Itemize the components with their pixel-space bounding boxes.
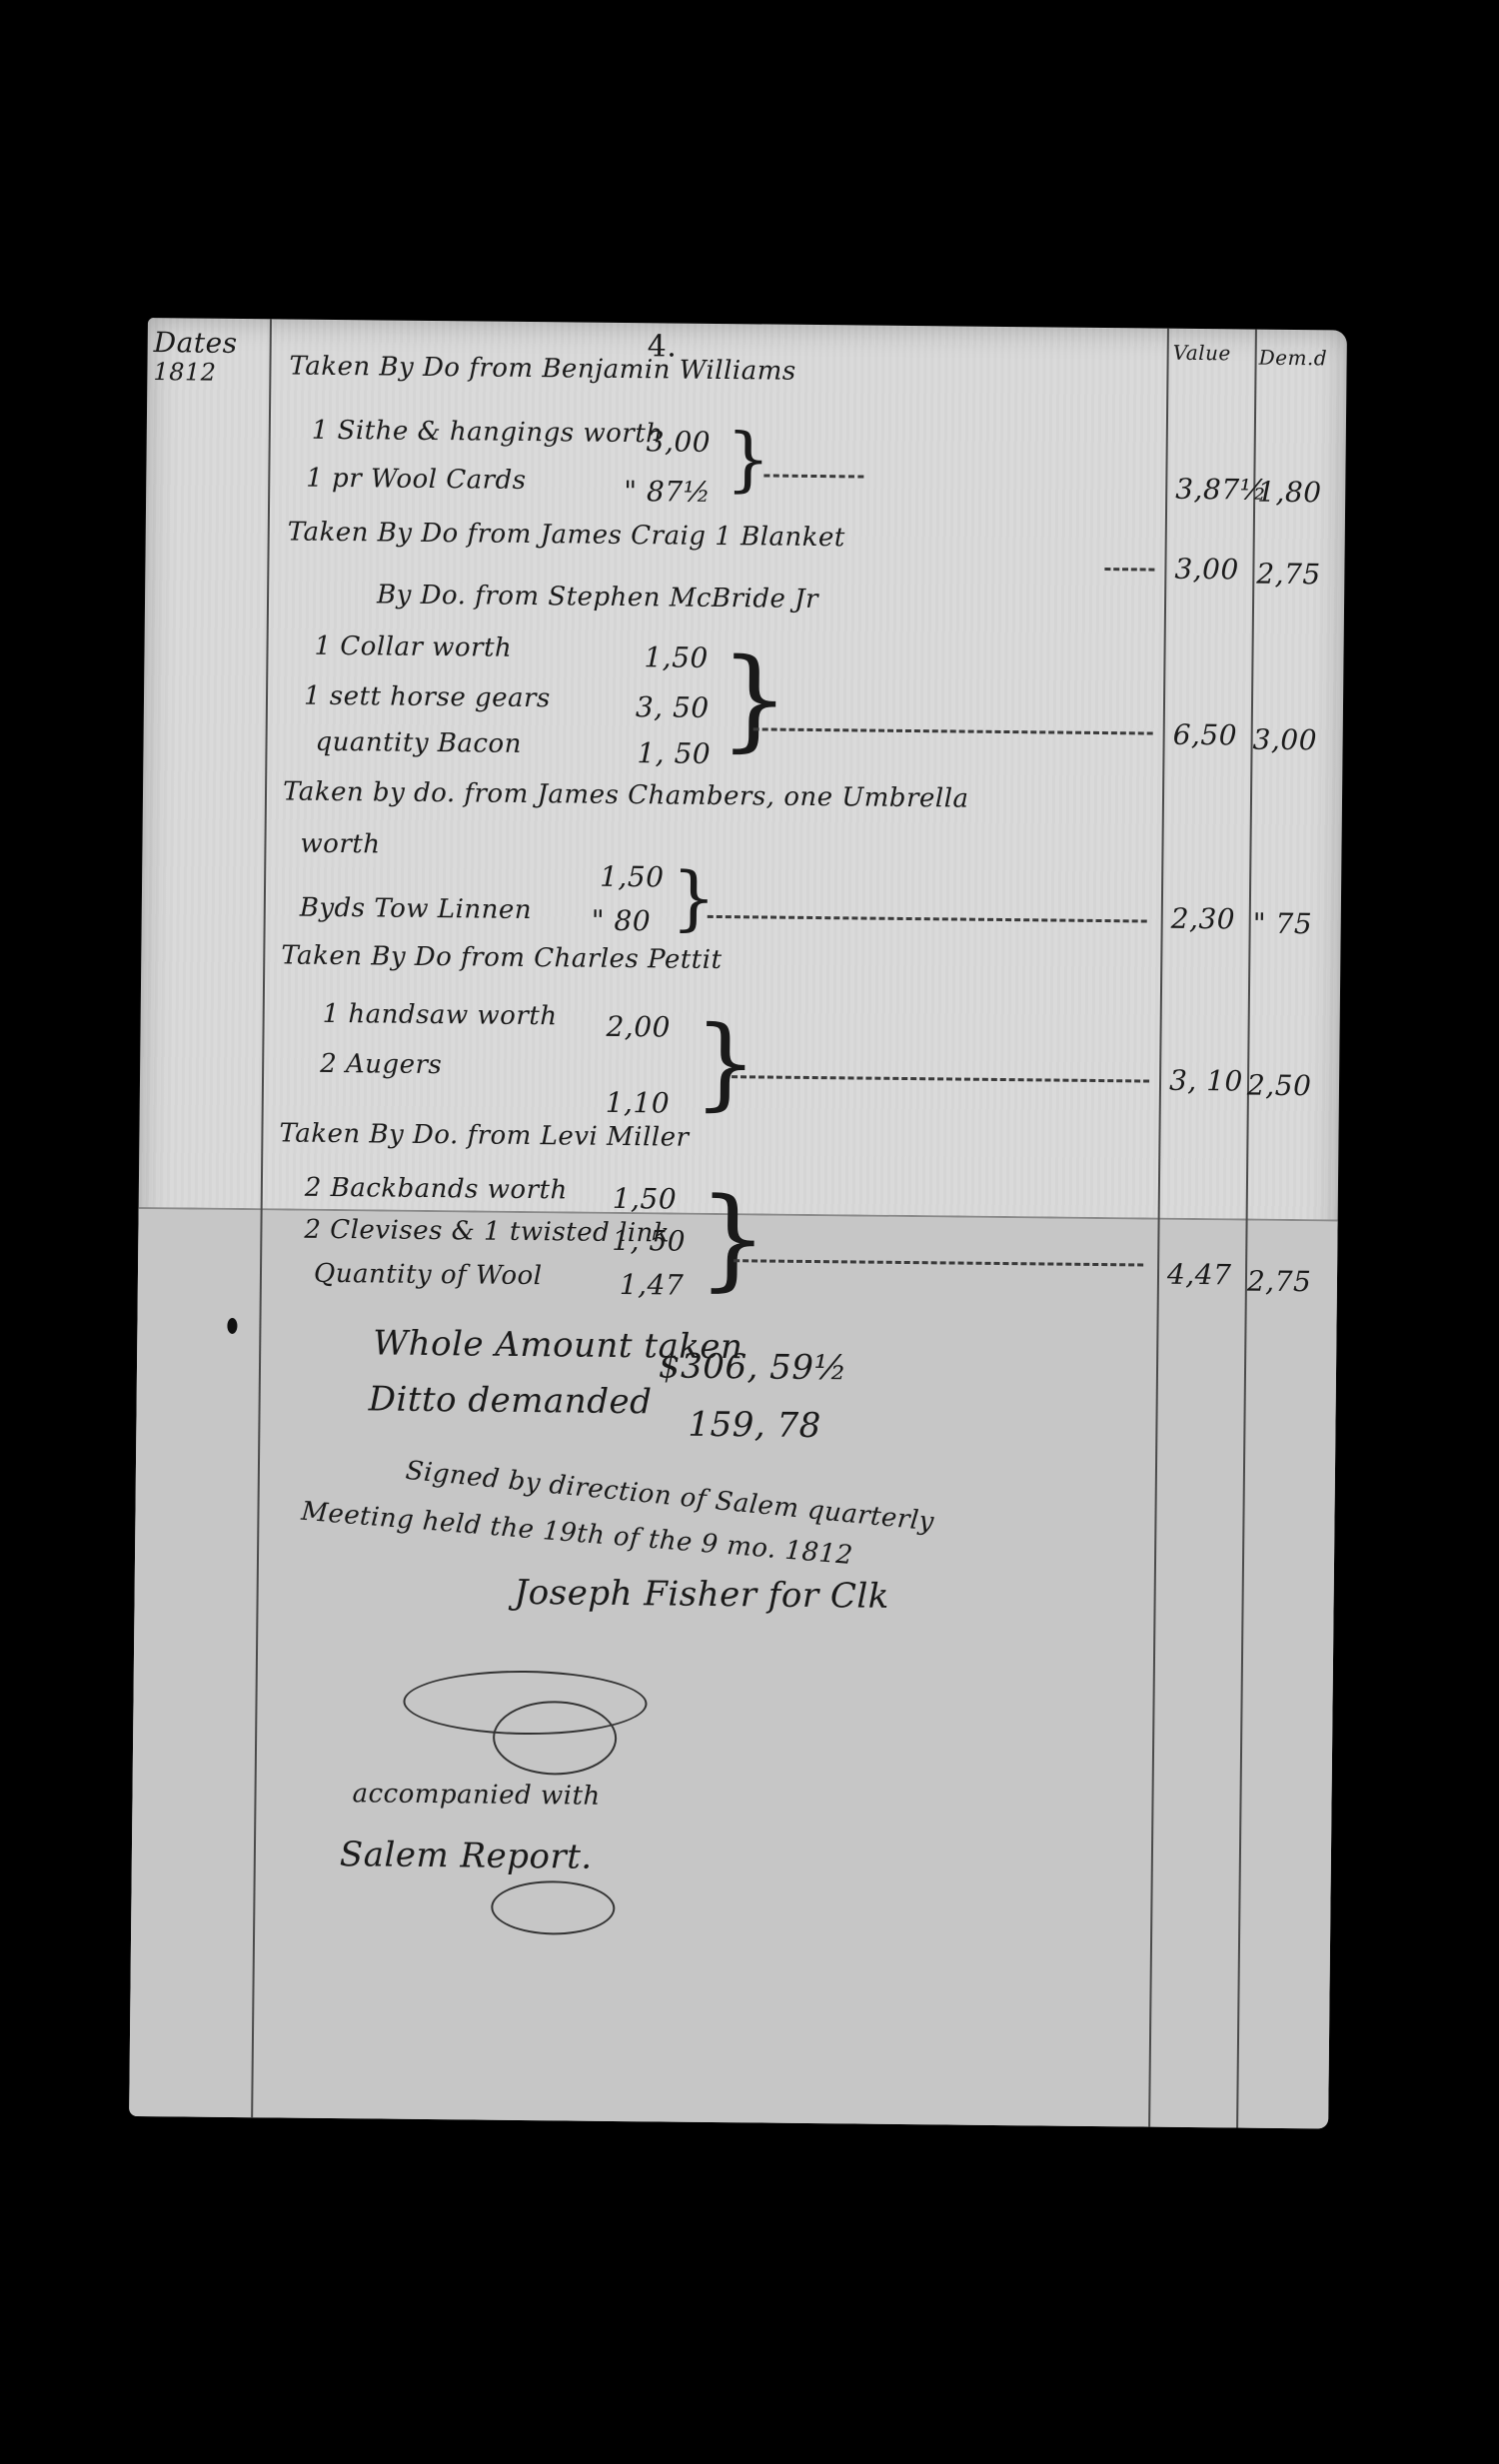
accompanied-with: accompanied with — [352, 1779, 601, 1812]
leader-dash — [763, 474, 863, 478]
entry-value: 4,47 — [1167, 1258, 1232, 1292]
item-label: 2 Augers — [320, 1049, 442, 1080]
item-amount: 2,00 — [606, 1010, 671, 1044]
leader-dash — [1104, 568, 1154, 572]
item-label: 1 handsaw worth — [323, 999, 558, 1031]
entry-value: 3,00 — [1174, 553, 1239, 587]
signer-name: Joseph Fisher for Clk — [514, 1573, 889, 1617]
entry-demanded: " 75 — [1253, 907, 1313, 941]
item-label: 2 Backbands worth — [305, 1173, 568, 1206]
entry-value: 6,50 — [1173, 718, 1238, 752]
signature-flourish — [493, 1701, 618, 1776]
bracket: } — [726, 424, 770, 494]
entry-heading: By Do. from Stephen McBride Jr — [377, 580, 818, 615]
entry-demanded: 1,80 — [1257, 476, 1322, 510]
item-amount: " 80 — [592, 904, 652, 938]
entry-value: 2,30 — [1171, 902, 1236, 936]
item-label: 1 pr Wool Cards — [306, 464, 527, 496]
entry-demanded: 2,50 — [1247, 1069, 1312, 1103]
item-amount: " 87½ — [624, 475, 711, 509]
item-amount: 1,50 — [600, 860, 665, 894]
bracket: } — [698, 1183, 768, 1294]
ledger-page: Dates 1812 4. Value Dem.d Taken By Do fr… — [129, 318, 1347, 2128]
item-label: Quantity of Wool — [314, 1259, 543, 1291]
item-amount: 1, 50 — [612, 1224, 686, 1258]
entry-demanded: 3,00 — [1252, 723, 1317, 757]
leader-dash — [708, 915, 1147, 923]
bracket: } — [694, 1013, 758, 1114]
entry-value: 3, 10 — [1169, 1064, 1243, 1098]
entry-demanded: 2,75 — [1247, 1265, 1312, 1299]
leader-dash — [732, 1075, 1149, 1082]
bracket: } — [719, 643, 789, 754]
entry-heading: Taken by do. from James Chambers, one Um… — [283, 776, 969, 813]
bracket: } — [672, 863, 717, 933]
entry-demanded: 2,75 — [1256, 558, 1321, 592]
item-label: 1 Sithe & hangings worth — [312, 416, 664, 450]
item-label: 1 sett horse gears — [304, 681, 551, 714]
entry-heading: Taken By Do from Benjamin Williams — [289, 351, 796, 386]
whole-amount-value: $306, 59½ — [659, 1346, 847, 1388]
salem-report: Salem Report. — [340, 1835, 593, 1877]
item-amount: 1,50 — [644, 640, 709, 674]
item-amount: 1,47 — [620, 1268, 685, 1302]
entry-heading: Taken By Do. from Levi Miller — [279, 1118, 689, 1152]
date-header: Dates — [154, 326, 238, 360]
item-amount: 1, 50 — [637, 736, 711, 770]
item-amount: 3, 50 — [636, 690, 710, 724]
value-column-header: Value — [1173, 341, 1231, 366]
item-amount: 1,10 — [606, 1086, 671, 1120]
item-label: Byds Tow Linnen — [300, 893, 533, 925]
entry-heading: Taken By Do from James Craig 1 Blanket — [288, 517, 845, 553]
ditto-demanded-value: 159, 78 — [688, 1405, 821, 1446]
item-label: 1 Collar worth — [314, 631, 512, 663]
ditto-demanded-label: Ditto demanded — [368, 1379, 652, 1422]
entry-value: 3,87½ — [1175, 473, 1267, 507]
demanded-column-header: Dem.d — [1259, 346, 1328, 371]
item-label: quantity Bacon — [315, 727, 522, 759]
leader-dash — [753, 727, 1153, 734]
item-amount: 1,50 — [613, 1182, 678, 1216]
item-amount: 3,00 — [647, 425, 712, 459]
item-label: worth — [300, 829, 380, 860]
year-label: 1812 — [153, 358, 216, 387]
entry-heading: Taken By Do from Charles Pettit — [281, 940, 722, 975]
